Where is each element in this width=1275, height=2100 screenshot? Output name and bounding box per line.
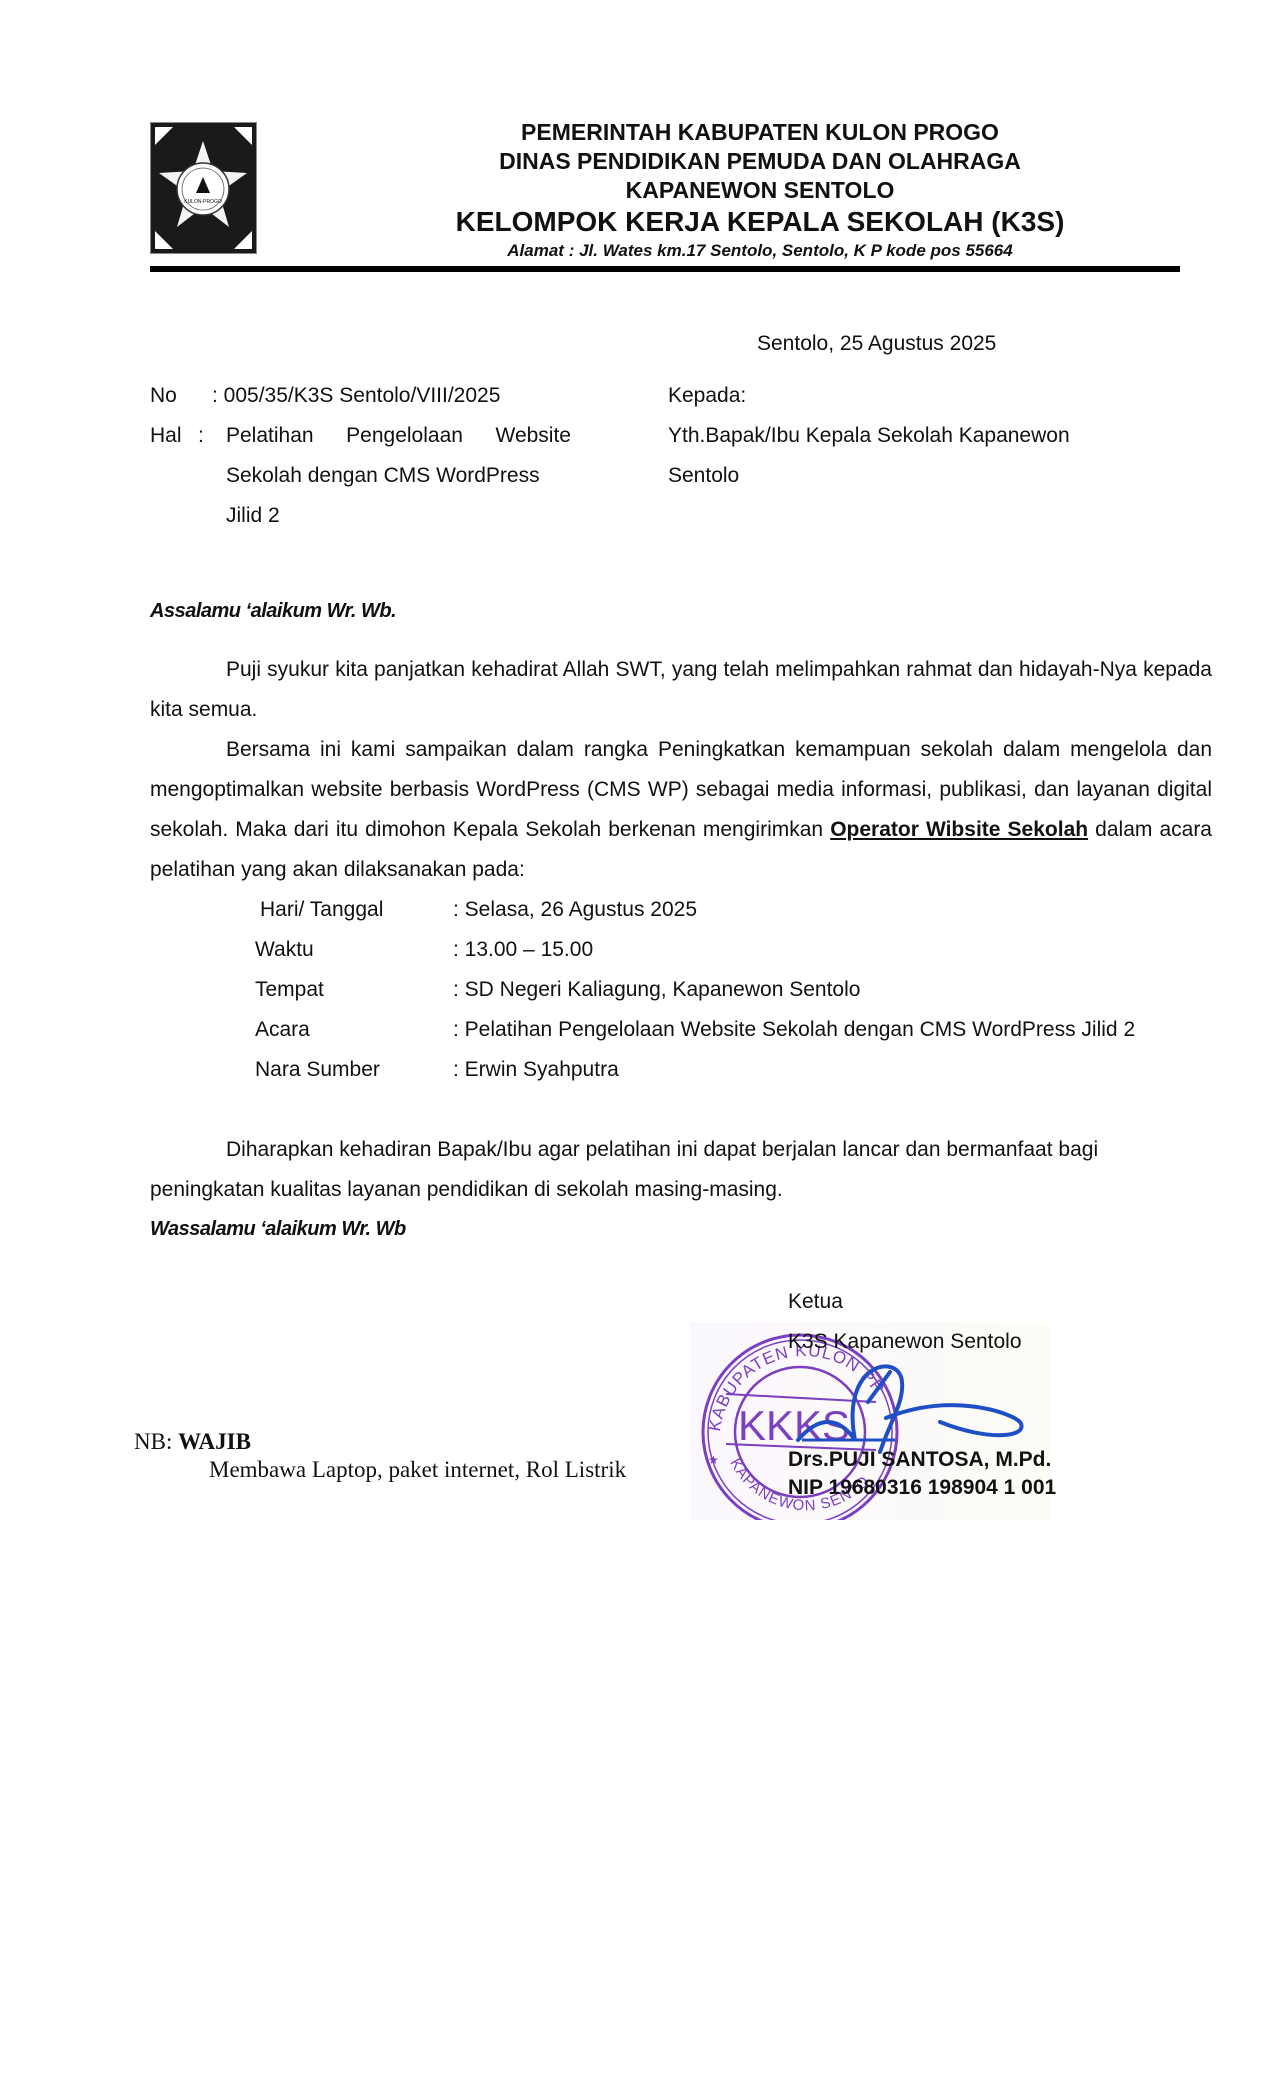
- detail-row: Tempat: SD Negeri Kaliagung, Kapanewon S…: [255, 970, 1135, 1010]
- detail-value: : Pelatihan Pengelolaan Website Sekolah …: [453, 1010, 1135, 1050]
- signer-name: Drs.PUJI SANTOSA, M.Pd.: [788, 1446, 1056, 1474]
- star-emblem-icon: KULON-PROGO: [151, 123, 256, 253]
- recipient: Kepada: Yth.Bapak/Ibu Kepala Sekolah Kap…: [668, 376, 1070, 496]
- detail-value: : Erwin Syahputra: [453, 1050, 619, 1090]
- nb-required: WAJIB: [178, 1429, 251, 1454]
- detail-value: : SD Negeri Kaliagung, Kapanewon Sentolo: [453, 970, 860, 1010]
- detail-label: Nara Sumber: [255, 1050, 453, 1090]
- detail-label: Tempat: [255, 970, 453, 1010]
- nota-bene: NB: WAJIB Membawa Laptop, paket internet…: [134, 1428, 629, 1484]
- subject-line: Jilid 2: [226, 496, 571, 536]
- kulon-progo-logo: KULON-PROGO: [150, 122, 257, 254]
- detail-value: : Selasa, 26 Agustus 2025: [453, 890, 697, 930]
- detail-label: Hari/ Tanggal: [255, 890, 453, 930]
- letter-body: Puji syukur kita panjatkan kehadirat All…: [150, 650, 1212, 890]
- letter-meta: No : 005/35/K3S Sentolo/VIII/2025 Hal : …: [150, 376, 571, 536]
- nb-items: Membawa Laptop, paket internet, Rol List…: [134, 1456, 629, 1484]
- detail-row: Hari/ Tanggal: Selasa, 26 Agustus 2025: [255, 890, 1135, 930]
- body-paragraph: Puji syukur kita panjatkan kehadirat All…: [150, 650, 1212, 730]
- detail-label: Acara: [255, 1010, 453, 1050]
- closing-paragraph: Diharapkan kehadiran Bapak/Ibu agar pela…: [150, 1130, 1212, 1210]
- signer-nip: NIP 19680316 198904 1 001: [788, 1474, 1056, 1502]
- farewell: Wassalamu ‘alaikum Wr. Wb: [150, 1218, 406, 1241]
- signer-title: Ketua: [788, 1290, 843, 1314]
- letterhead-address: Alamat : Jl. Wates km.17 Sentolo, Sentol…: [390, 239, 1130, 263]
- letterhead: PEMERINTAH KABUPATEN KULON PROGO DINAS P…: [390, 118, 1130, 263]
- svg-text:KULON-PROGO: KULON-PROGO: [184, 199, 222, 205]
- closing: Diharapkan kehadiran Bapak/Ibu agar pela…: [150, 1130, 1212, 1210]
- signer-block: Drs.PUJI SANTOSA, M.Pd. NIP 19680316 198…: [788, 1446, 1056, 1502]
- letter-subject-row: Hal : Pelatihan Pengelolaan Website Seko…: [150, 416, 571, 536]
- letterhead-line: KAPANEWON SENTOLO: [390, 176, 1130, 205]
- letter-date: Sentolo, 25 Agustus 2025: [757, 324, 996, 364]
- signer-organization: K3S Kapanewon Sentolo: [788, 1330, 1022, 1354]
- letter-number-row: No : 005/35/K3S Sentolo/VIII/2025: [150, 376, 571, 416]
- letterhead-org: KELOMPOK KERJA KEPALA SEKOLAH (K3S): [390, 205, 1130, 239]
- detail-row: Acara: Pelatihan Pengelolaan Website Sek…: [255, 1010, 1135, 1050]
- letterhead-line: PEMERINTAH KABUPATEN KULON PROGO: [390, 118, 1130, 147]
- detail-value: : 13.00 – 15.00: [453, 930, 593, 970]
- recipient-line: Sentolo: [668, 456, 1070, 496]
- detail-label: Waktu: [255, 930, 453, 970]
- body-paragraph: Bersama ini kami sampaikan dalam rangka …: [150, 730, 1212, 890]
- subject-label: Hal: [150, 416, 198, 536]
- svg-text:★: ★: [708, 1453, 719, 1467]
- number-label: No: [150, 376, 212, 416]
- detail-row: Nara Sumber: Erwin Syahputra: [255, 1050, 1135, 1090]
- operator-emphasis: Operator Wibsite Sekolah: [830, 818, 1088, 841]
- recipient-label: Kepada:: [668, 376, 1070, 416]
- subject-line: Pelatihan Pengelolaan Website: [226, 416, 571, 456]
- number-value: : 005/35/K3S Sentolo/VIII/2025: [212, 376, 500, 416]
- event-details: Hari/ Tanggal: Selasa, 26 Agustus 2025 W…: [255, 890, 1135, 1090]
- subject-colon: :: [198, 416, 226, 536]
- subject-line: Sekolah dengan CMS WordPress: [226, 456, 571, 496]
- letterhead-line: DINAS PENDIDIKAN PEMUDA DAN OLAHRAGA: [390, 147, 1130, 176]
- nb-label: NB:: [134, 1429, 178, 1454]
- detail-row: Waktu: 13.00 – 15.00: [255, 930, 1135, 970]
- recipient-line: Yth.Bapak/Ibu Kepala Sekolah Kapanewon: [668, 416, 1070, 456]
- greeting: Assalamu ‘alaikum Wr. Wb.: [150, 600, 396, 623]
- letterhead-divider: [150, 266, 1180, 272]
- svg-text:KKKS: KKKS: [738, 1402, 850, 1449]
